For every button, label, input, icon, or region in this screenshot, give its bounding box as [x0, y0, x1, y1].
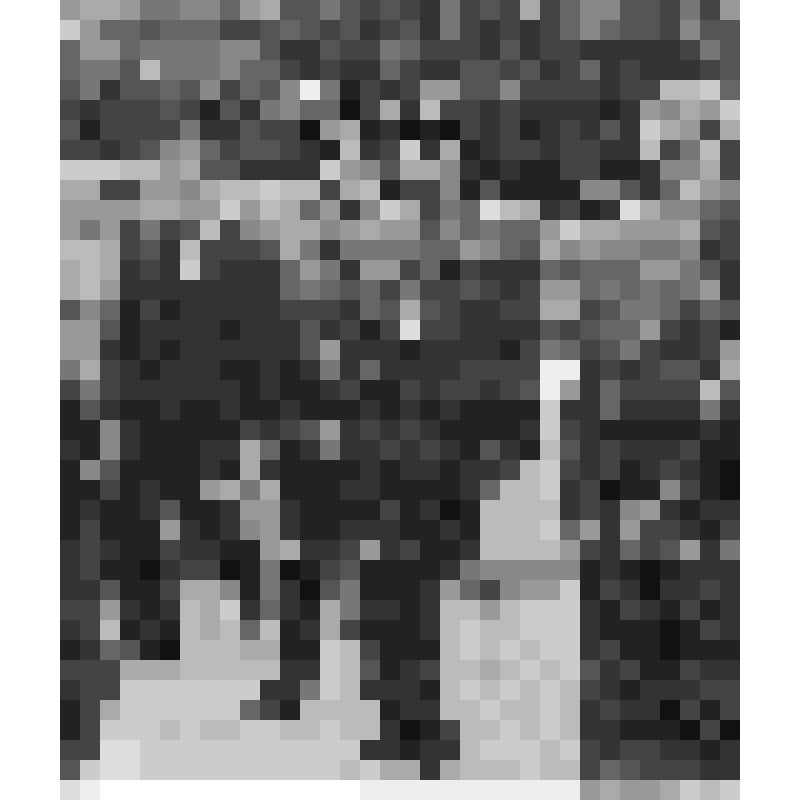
screenshot-root	[0, 0, 800, 800]
pixelated-image	[0, 0, 800, 800]
